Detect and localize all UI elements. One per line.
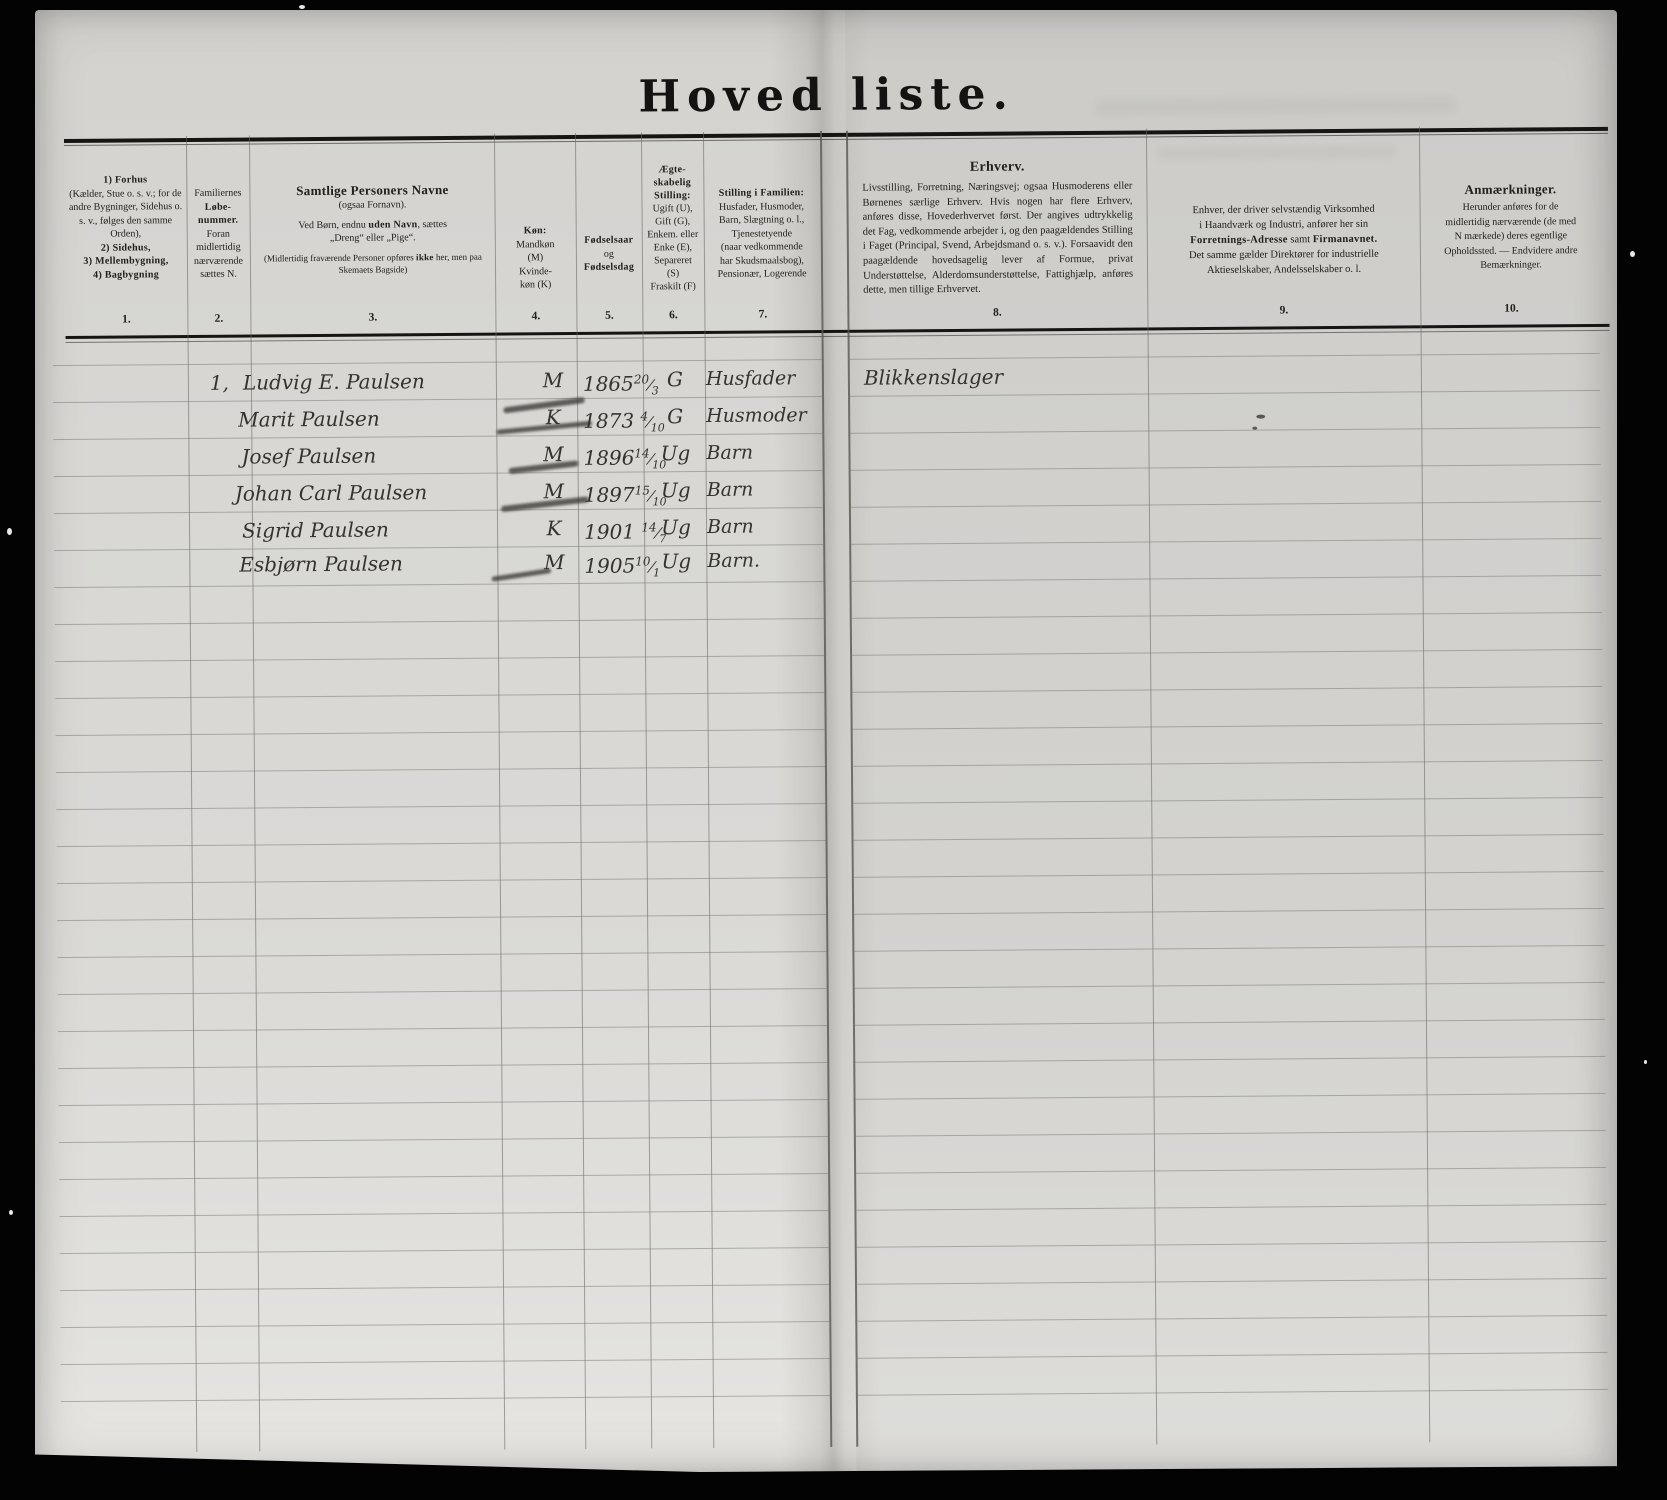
- row-occupation: Blikkenslager: [864, 361, 1003, 394]
- row-family-number: 1,: [188, 367, 251, 399]
- row-marital: Ug: [647, 511, 705, 543]
- row-marital: G: [646, 363, 704, 395]
- census-form-page: Hoved liste. 1) Forhus (Kælder, Stue o. …: [35, 10, 1617, 1472]
- row-marital: Ug: [647, 474, 705, 506]
- row-sex: K: [519, 512, 589, 545]
- row-name: Josef Paulsen: [241, 440, 376, 473]
- row-marital: Ug: [646, 437, 704, 469]
- row-family-position: Husmoder: [706, 399, 807, 432]
- col4-header-sex: Køn: Mandkøn (M) Kvinde- køn (K): [496, 224, 576, 292]
- col10-number: 10.: [1420, 302, 1602, 315]
- ink-bleed-ghost: [1096, 97, 1456, 116]
- row-name: Esbjørn Paulsen: [239, 547, 403, 580]
- scan-speck: [1630, 251, 1635, 257]
- col7-number: 7.: [704, 308, 821, 321]
- row-marital: Ug: [647, 545, 705, 577]
- scan-speck: [1644, 1060, 1647, 1064]
- row-family-position: Barn: [707, 511, 754, 543]
- scanned-census-sheet: Hoved liste. 1) Forhus (Kælder, Stue o. …: [0, 0, 1667, 1500]
- col8-number: 8.: [847, 305, 1147, 319]
- col6-header-marital-status: Ægte- skabelig Stilling: Ugift (U), Gift…: [642, 163, 703, 293]
- col7-header-family-position: Stilling i Familien: Husfader, Husmoder,…: [699, 186, 824, 281]
- row-marital: G: [646, 400, 704, 432]
- col10-header-remarks: Anmærkninger. Herunder anføres for de mi…: [1426, 180, 1595, 274]
- scan-speck: [9, 1210, 13, 1215]
- row-family-position: Barn.: [707, 545, 760, 577]
- col5-number: 5.: [576, 309, 642, 322]
- row-family-position: Barn: [706, 437, 753, 469]
- col4-number: 4.: [495, 310, 576, 323]
- row-name: Sigrid Paulsen: [242, 513, 389, 546]
- col1-number: 1.: [65, 313, 187, 326]
- col2-header-family-number: Familiernes Løbe- nummer. Foran midlerti…: [187, 187, 249, 282]
- col3-number: 3.: [250, 311, 495, 325]
- col1-header-buildings: 1) Forhus (Kælder, Stue o. s. v.; for de…: [66, 173, 185, 282]
- scan-speck: [299, 5, 305, 9]
- col6-number: 6.: [642, 309, 704, 321]
- col9-number: 9.: [1147, 303, 1420, 317]
- col8-header-occupation: Erhverv. Livsstilling, Forretning, Nærin…: [862, 158, 1133, 299]
- page-content: Hoved liste. 1) Forhus (Kælder, Stue o. …: [35, 4, 1628, 1478]
- ink-bleed-ghost: [1156, 146, 1396, 160]
- col5-header-birthdate: Fødselsaar og Fødselsdag: [577, 233, 641, 274]
- row-family-position: Barn: [707, 474, 754, 506]
- row-family-position: Husfader: [706, 362, 796, 395]
- col2-number: 2.: [187, 313, 250, 325]
- scan-speck: [7, 528, 12, 535]
- col3-header-names: Samtlige Personers Navne (ogsaa Fornavn)…: [252, 181, 493, 276]
- ink-speck: [1252, 427, 1257, 430]
- ink-speck: [1256, 415, 1265, 419]
- row-sex: M: [518, 364, 588, 397]
- row-name: Ludvig E. Paulsen: [243, 365, 425, 398]
- row-name: Johan Carl Paulsen: [235, 476, 428, 510]
- row-name: Marit Paulsen: [238, 403, 380, 436]
- col9-header-business-address: Enhver, der driver selvstændig Virksomhe…: [1156, 201, 1413, 278]
